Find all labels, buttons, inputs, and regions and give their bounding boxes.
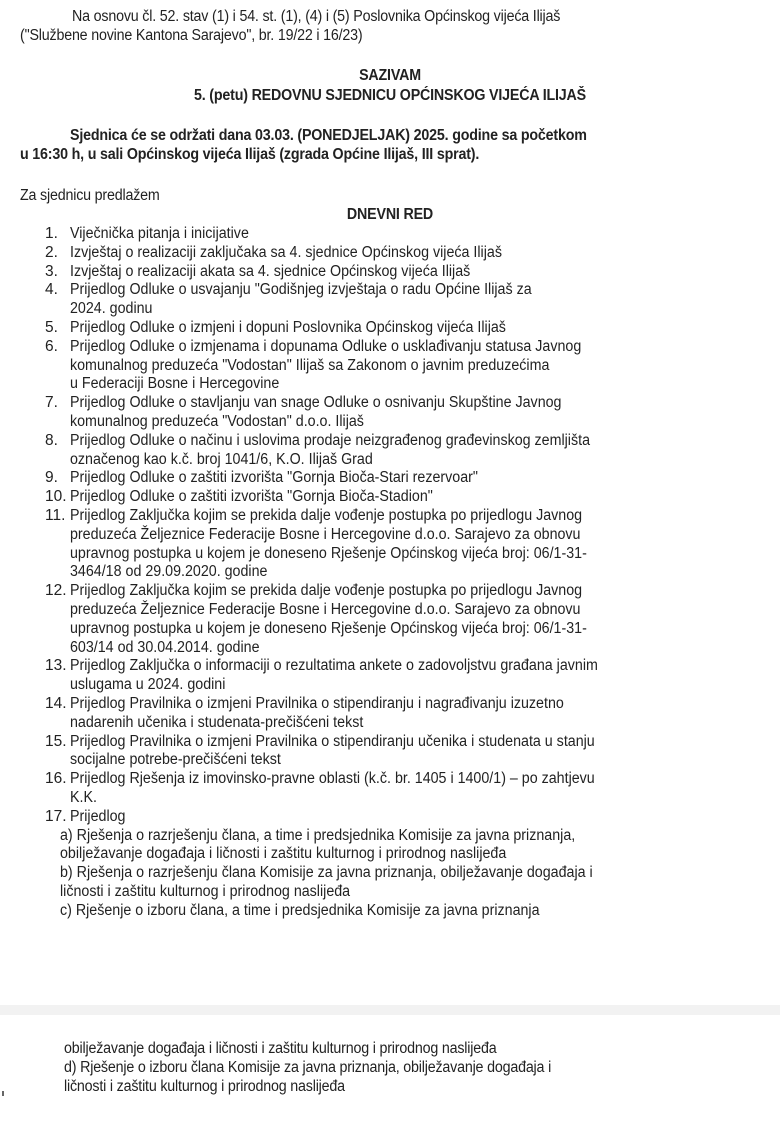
agenda-item: 14.Prijedlog Pravilnika o izmjeni Pravil… (0, 695, 780, 733)
agenda-item-number: 7. (45, 394, 69, 413)
agenda-item-text: Prijedlog Odluke o zaštiti izvorišta "Go… (70, 488, 696, 507)
agenda-item-number: 2. (45, 244, 69, 263)
agenda-subitem-line: a) Rješenja o razrješenju člana, a time … (0, 827, 780, 846)
agenda-item-number: 14. (45, 695, 69, 714)
heading-session-title: 5. (petu) REDOVNU SJEDNICU OPĆINSKOG VIJ… (0, 86, 780, 105)
agenda-item-number: 17. (45, 808, 69, 827)
agenda-item: 4.Prijedlog Odluke o usvajanju "Godišnje… (0, 281, 780, 319)
agenda-item-text: Prijedlog Zaključka kojim se prekida dal… (70, 507, 696, 582)
agenda-item-line: nadarenih učenika i studenata-prečišćeni… (70, 714, 696, 733)
agenda-item: 15.Prijedlog Pravilnika o izmjeni Pravil… (0, 733, 780, 771)
agenda-item-text: Prijedlog Zaključka kojim se prekida dal… (70, 582, 696, 657)
document-page-1: Na osnovu čl. 52. stav (1) i 54. st. (1)… (0, 0, 780, 1005)
agenda-item: 9.Prijedlog Odluke o zaštiti izvorišta "… (0, 469, 780, 488)
agenda-item-line: označenog kao k.č. broj 1041/6, K.O. Ili… (70, 451, 696, 470)
agenda-item-text: Prijedlog Rješenja iz imovinsko-pravne o… (70, 770, 696, 808)
agenda-item-line: komunalnog preduzeća "Vodostan" d.o.o. I… (70, 413, 696, 432)
agenda-item: 13.Prijedlog Zaključka o informaciji o r… (0, 657, 780, 695)
agenda-item-line: Prijedlog Odluke o usvajanju "Godišnjeg … (70, 281, 696, 300)
agenda-item: 5.Prijedlog Odluke o izmjeni i dopuni Po… (0, 319, 780, 338)
agenda-item: 2.Izvještaj o realizaciji zaključaka sa … (0, 244, 780, 263)
proposal-intro: Za sjednicu predlažem (20, 186, 160, 205)
agenda-item: 3.Izvještaj o realizaciji akata sa 4. sj… (0, 263, 780, 282)
agenda-subitem-line: ličnosti i zaštitu kulturnog i prirodnog… (0, 883, 780, 902)
agenda-item-line: 603/14 od 30.04.2014. godine (70, 639, 696, 658)
agenda-item: 7.Prijedlog Odluke o stavljanju van snag… (0, 394, 780, 432)
agenda-item-line: preduzeća Željeznice Federacije Bosne i … (70, 601, 696, 620)
agenda-item-text: Prijedlog Pravilnika o izmjeni Pravilnik… (70, 733, 696, 771)
agenda-item-text: Prijedlog Odluke o usvajanju "Godišnjeg … (70, 281, 696, 319)
agenda-item: 12.Prijedlog Zaključka kojim se prekida … (0, 582, 780, 657)
agenda-item-text: Prijedlog Odluke o načinu i uslovima pro… (70, 432, 696, 470)
agenda-item-text: Prijedlog Odluke o izmjenama i dopunama … (70, 338, 696, 394)
agenda-item-line: Prijedlog Odluke o stavljanju van snage … (70, 394, 696, 413)
agenda-item-number: 1. (45, 225, 69, 244)
agenda-item-line: uslugama u 2024. godini (70, 676, 696, 695)
agenda-item-number: 3. (45, 263, 69, 282)
subitem-text: ličnosti i zaštitu kulturnog i prirodnog… (60, 883, 722, 902)
continuation-line-3: ličnosti i zaštitu kulturnog i prirodnog… (64, 1077, 345, 1096)
agenda-item-line: Prijedlog Odluke o načinu i uslovima pro… (70, 432, 696, 451)
agenda-item-line: Prijedlog Odluke o izmjenama i dopunama … (70, 338, 696, 357)
agenda-item-text: Prijedlog Odluke o stavljanju van snage … (70, 394, 696, 432)
agenda-item-number: 9. (45, 469, 69, 488)
agenda-item-line: K.K. (70, 789, 696, 808)
agenda-item-line: socijalne potrebe-prečišćeni tekst (70, 751, 696, 770)
heading-sazivam: SAZIVAM (0, 66, 780, 85)
agenda-item-text: Izvještaj o realizaciji akata sa 4. sjed… (70, 263, 696, 282)
agenda-item-line: Prijedlog Rješenja iz imovinsko-pravne o… (70, 770, 696, 789)
subitem-text: obilježavanje događaja i ličnosti i zašt… (60, 845, 722, 864)
agenda-title: DNEVNI RED (0, 205, 780, 224)
agenda-item-text: Prijedlog Zaključka o informaciji o rezu… (70, 657, 696, 695)
agenda-subitem-line: c) Rješenje o izboru člana, a time i pre… (0, 902, 780, 921)
page-break (0, 1005, 780, 1015)
agenda-item-line: Prijedlog Zaključka kojim se prekida dal… (70, 507, 696, 526)
agenda-item-text: Izvještaj o realizaciji zaključaka sa 4.… (70, 244, 696, 263)
agenda-item-text: Prijedlog Odluke o izmjeni i dopuni Posl… (70, 319, 696, 338)
agenda-subitem-line: obilježavanje događaja i ličnosti i zašt… (0, 845, 780, 864)
agenda-item: 17.Prijedlog (0, 808, 780, 827)
margin-mark (2, 1091, 4, 1096)
document-page-2: obilježavanje događaja i ličnosti i zašt… (0, 1015, 780, 1135)
agenda-item-line: Prijedlog Zaključka o informaciji o rezu… (70, 657, 696, 676)
agenda-item-line: Izvještaj o realizaciji zaključaka sa 4.… (70, 244, 696, 263)
agenda-item: 10.Prijedlog Odluke o zaštiti izvorišta … (0, 488, 780, 507)
agenda-item-line: Prijedlog Zaključka kojim se prekida dal… (70, 582, 696, 601)
agenda-item-number: 11. (45, 507, 69, 526)
agenda-item-number: 4. (45, 281, 69, 300)
legal-basis-line-1: Na osnovu čl. 52. stav (1) i 54. st. (1)… (72, 7, 560, 26)
agenda-item-number: 10. (45, 488, 69, 507)
agenda-item: 11.Prijedlog Zaključka kojim se prekida … (0, 507, 780, 582)
agenda-item-text: Prijedlog Pravilnika o izmjeni Pravilnik… (70, 695, 696, 733)
agenda-item: 16.Prijedlog Rješenja iz imovinsko-pravn… (0, 770, 780, 808)
session-info-line-1: Sjednica će se održati dana 03.03. (PONE… (70, 126, 587, 145)
agenda-item-number: 12. (45, 582, 69, 601)
agenda-item-line: Izvještaj o realizaciji akata sa 4. sjed… (70, 263, 696, 282)
agenda-item-number: 6. (45, 338, 69, 357)
continuation-line-1: obilježavanje događaja i ličnosti i zašt… (64, 1039, 497, 1058)
agenda-item-line: Prijedlog Odluke o izmjeni i dopuni Posl… (70, 319, 696, 338)
agenda-item-number: 8. (45, 432, 69, 451)
agenda-item-line: Prijedlog (70, 808, 696, 827)
session-info-line-2: u 16:30 h, u sali Općinskog vijeća Ilija… (20, 145, 479, 164)
agenda-item-number: 15. (45, 733, 69, 752)
agenda-item: 6.Prijedlog Odluke o izmjenama i dopunam… (0, 338, 780, 394)
agenda-item-line: Prijedlog Odluke o zaštiti izvorišta "Go… (70, 488, 696, 507)
agenda-item-line: 3464/18 od 29.09.2020. godine (70, 563, 696, 582)
agenda-item-line: 2024. godinu (70, 300, 696, 319)
agenda-item-line: Viječnička pitanja i inicijative (70, 225, 696, 244)
agenda-item-number: 13. (45, 657, 69, 676)
subitem-text: c) Rješenje o izboru člana, a time i pre… (60, 902, 722, 921)
agenda-item-text: Viječnička pitanja i inicijative (70, 225, 696, 244)
subitem-text: a) Rješenja o razrješenju člana, a time … (60, 827, 722, 846)
agenda-item-number: 16. (45, 770, 69, 789)
agenda-item-line: upravnog postupka u kojem je doneseno Rj… (70, 545, 696, 564)
legal-basis-line-2: ("Službene novine Kantona Sarajevo", br.… (20, 26, 362, 45)
agenda-item-text: Prijedlog (70, 808, 696, 827)
agenda-item: 1.Viječnička pitanja i inicijative (0, 225, 780, 244)
agenda-item-line: Prijedlog Pravilnika o izmjeni Pravilnik… (70, 695, 696, 714)
agenda-item-line: upravnog postupka u kojem je doneseno Rj… (70, 620, 696, 639)
agenda-item: 8.Prijedlog Odluke o načinu i uslovima p… (0, 432, 780, 470)
subitem-text: b) Rješenja o razrješenju člana Komisije… (60, 864, 722, 883)
agenda-item-line: Prijedlog Odluke o zaštiti izvorišta "Go… (70, 469, 696, 488)
agenda-item-text: Prijedlog Odluke o zaštiti izvorišta "Go… (70, 469, 696, 488)
agenda-item-line: preduzeća Željeznice Federacije Bosne i … (70, 526, 696, 545)
agenda-subitem-line: b) Rješenja o razrješenju člana Komisije… (0, 864, 780, 883)
agenda-item-number: 5. (45, 319, 69, 338)
agenda-item-line: komunalnog preduzeća "Vodostan" Ilijaš s… (70, 357, 696, 376)
agenda-item-line: u Federaciji Bosne i Hercegovine (70, 375, 696, 394)
agenda-list: 1.Viječnička pitanja i inicijative2.Izvj… (0, 225, 780, 920)
continuation-line-2: d) Rješenje o izboru člana Komisije za j… (64, 1058, 551, 1077)
agenda-item-line: Prijedlog Pravilnika o izmjeni Pravilnik… (70, 733, 696, 752)
